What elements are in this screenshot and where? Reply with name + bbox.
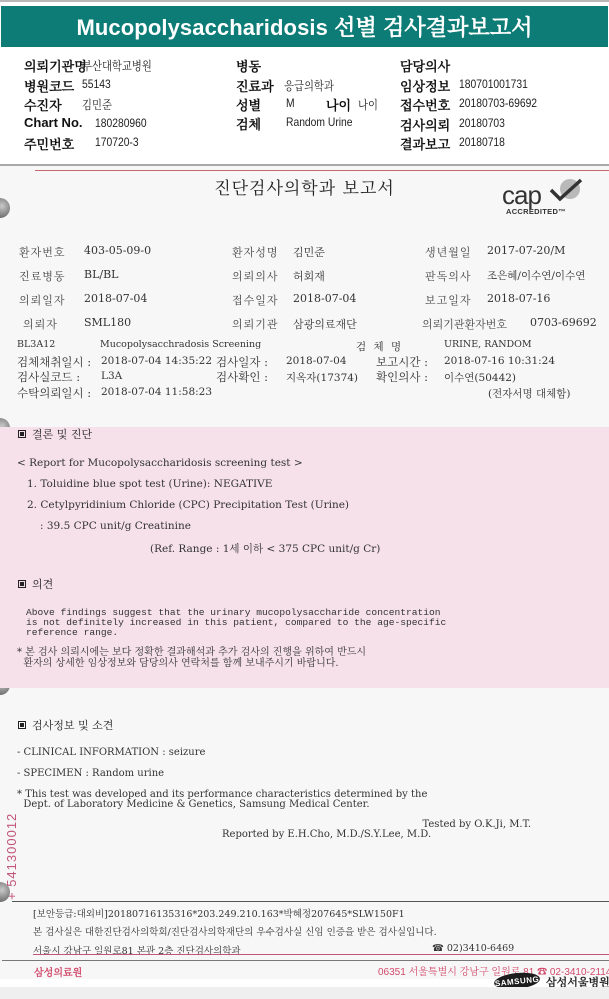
value-result-report: 20180718 — [459, 135, 505, 149]
side-barcode-number: + 541300012 — [4, 800, 20, 900]
value-receipt-date: 2018-07-04 — [293, 292, 356, 305]
label-clinical-info: 임상정보 — [400, 76, 450, 95]
value-test-request: 20180703 — [459, 116, 505, 130]
label-consignment-time: 수탁의뢰일시 : — [17, 385, 91, 401]
label-department: 진료과 — [236, 76, 274, 95]
label-patient-number: 환자번호 — [19, 244, 66, 260]
value-patient-fullname: 김민준 — [293, 244, 325, 260]
summary-info: 의뢰기관명 부산대학교병원 병원코드 55143 수진자 김민준 Chart N… — [0, 52, 609, 156]
label-specimen: 검체 — [236, 114, 261, 133]
value-hospital-code: 55143 — [82, 77, 111, 91]
value-department: 응급의학과 — [284, 77, 334, 94]
label-birthdate: 생년월일 — [425, 244, 472, 260]
value-patient-name: 김민준 — [82, 96, 112, 113]
paper-top-line — [35, 170, 609, 171]
label-lab-code: 검사실코드 : — [17, 369, 80, 385]
section-heading-opinion: 의견 — [18, 576, 53, 592]
test-info-heading-text: 검사정보 및 소견 — [32, 719, 113, 732]
square-bullet-icon — [18, 721, 26, 729]
top-border — [0, 0, 609, 2]
value-reading-doctor: 조은혜/이수연/이수연 — [487, 268, 585, 283]
value-request-date: 2018-07-04 — [84, 292, 147, 305]
value-test-date: 2018-07-04 — [286, 355, 347, 367]
label-reading-doctor: 판독의사 — [425, 268, 472, 284]
label-patient-fullname: 환자성명 — [232, 244, 279, 260]
value-receipt-number: 20180703-69692 — [459, 96, 537, 110]
clinical-information: - CLINICAL INFORMATION : seizure — [17, 747, 205, 758]
security-stamp: [보안등급:대외비]20180716135316*203.249.210.163… — [33, 906, 405, 920]
square-bullet-icon — [18, 580, 26, 588]
conclusion-item-1: 1. Toluidine blue spot test (Urine): NEG… — [27, 478, 272, 490]
value-report-date: 2018-07-16 — [487, 292, 550, 305]
certification-note: 본 검사실은 대한진단검사의학회/진단검사의학재단의 우수검사실 신임 인증을 … — [33, 924, 437, 938]
value-lab-code: L3A — [101, 370, 122, 382]
value-patient-number: 403-05-09-0 — [84, 244, 151, 257]
value-ward: BL/BL — [84, 268, 118, 281]
value-chart-no: 180280960 — [95, 116, 147, 130]
footer-divider-2 — [2, 960, 609, 961]
specimen-information: - SPECIMEN : Random urine — [17, 768, 164, 779]
value-test-confirm: 지옥자(17374) — [286, 370, 358, 385]
footer-pink-line — [33, 954, 609, 955]
value-requester: SML180 — [84, 316, 131, 329]
conclusion-item-2-result: : 39.5 CPC unit/g Creatinine — [40, 520, 191, 532]
opinion-note-line-2: 환자의 상세한 임상정보와 담당의사 연락처를 함께 보내주시기 바랍니다. — [17, 659, 339, 669]
label-test-date: 검사일자 : — [216, 354, 268, 370]
footer-divider — [12, 901, 609, 902]
label-collection-time: 검체채취일시 : — [17, 354, 91, 370]
value-specimen: Random Urine — [286, 115, 353, 129]
value-collection-time: 2018-07-04 14:35:22 — [101, 355, 212, 367]
label-receipt-date: 접수일자 — [232, 292, 279, 308]
value-clinical-info: 180701001731 — [459, 77, 528, 91]
value-specimen-name: URINE, RANDOM — [444, 339, 532, 350]
conclusion-item-2: 2. Cetylpyridinium Chloride (CPC) Precip… — [27, 499, 349, 511]
label-report-date: 보고일자 — [425, 292, 472, 308]
label-patient-name: 수진자 — [24, 95, 62, 114]
conclusion-title: < Report for Mucopolysaccharidosis scree… — [17, 457, 303, 469]
page-title: Mucopolysaccharidosis 선별 검사결과보고서 — [1, 6, 608, 47]
label-request-date: 의뢰일자 — [19, 292, 66, 308]
value-consignment-time: 2018-07-04 11:58:23 — [101, 386, 212, 398]
e-signature-note: (전자서명 대체함) — [488, 386, 571, 401]
label-org-patient-number: 의뢰기관환자번호 — [422, 316, 507, 332]
value-requesting-org: 삼광의료재단 — [293, 316, 357, 332]
label-test-confirm: 검사확인 : — [216, 369, 268, 385]
value-requesting-institution: 부산대학교병원 — [82, 57, 152, 74]
label-sex: 성별 — [236, 95, 261, 114]
bottom-margin — [0, 987, 609, 999]
label-confirm-doctor: 확인의사 : — [376, 369, 428, 385]
lab-phone: ☎ 02)3410-6469 — [432, 943, 514, 954]
value-sex: M — [286, 96, 295, 110]
conclusion-heading-text: 결론 및 진단 — [32, 428, 92, 441]
label-referring-doctor: 의뢰의사 — [232, 268, 279, 284]
cap-accredited-logo: cap ACCREDITED™ — [498, 180, 588, 220]
test-name: Mucopolysacchradosis Screening — [100, 339, 261, 350]
reference-range: (Ref. Range : 1세 이하 < 375 CPC unit/g Cr) — [150, 541, 380, 556]
label-report-time: 보고시간 : — [376, 354, 428, 370]
opinion-note-line-1: * 본 검사 의뢰시에는 보다 정확한 결과해석과 추가 검사의 진행을 위하여… — [17, 648, 366, 658]
value-org-patient-number: 0703-69692 — [530, 316, 597, 329]
label-resident-number: 주민번호 — [24, 134, 74, 153]
label-result-report: 결과보고 — [400, 134, 450, 153]
label-requester: 의뢰자 — [23, 316, 58, 332]
section-heading-test-info: 검사정보 및 소견 — [18, 717, 113, 733]
value-birthdate: 2017-07-20/M — [487, 244, 565, 257]
checkmark-icon — [548, 178, 584, 206]
tested-by-text: Tested by O.K.Ji, M.T. — [423, 820, 532, 830]
label-specimen-name: 검 체 명 — [356, 339, 403, 354]
label-ward: 병동 — [236, 56, 261, 75]
square-bullet-icon — [18, 430, 26, 438]
label-ward: 진료병동 — [19, 268, 66, 284]
value-confirm-doctor: 이수연(50442) — [444, 370, 516, 385]
value-age: 나이 — [358, 96, 378, 113]
label-chart-no: Chart No. — [24, 115, 83, 130]
opinion-heading-text: 의견 — [32, 578, 53, 591]
label-requesting-org: 의뢰기관 — [232, 316, 279, 332]
cap-logo-subtext: ACCREDITED™ — [506, 207, 566, 216]
section-heading-conclusion: 결론 및 진단 — [18, 426, 92, 442]
test-info-note-line-2: Dept. of Laboratory Medicine & Genetics,… — [17, 800, 370, 810]
label-attending-doctor: 담당의사 — [400, 56, 450, 75]
value-resident-number: 170720-3 — [95, 135, 139, 149]
opinion-line-3: reference range. — [26, 628, 118, 638]
label-test-request: 검사의뢰 — [400, 115, 450, 134]
brand-left: 삼성의료원 — [34, 964, 82, 979]
label-hospital-code: 병원코드 — [24, 76, 74, 95]
label-age: 나이 — [326, 95, 351, 114]
value-report-time: 2018-07-16 10:31:24 — [444, 355, 555, 367]
reported-by: Reported by E.H.Cho, M.D./S.Y.Lee, M.D. — [222, 830, 431, 840]
value-referring-doctor: 허회재 — [293, 268, 325, 284]
label-receipt-number: 접수번호 — [400, 95, 450, 114]
test-code: BL3A12 — [17, 339, 55, 350]
label-requesting-institution: 의뢰기관명 — [24, 56, 87, 75]
